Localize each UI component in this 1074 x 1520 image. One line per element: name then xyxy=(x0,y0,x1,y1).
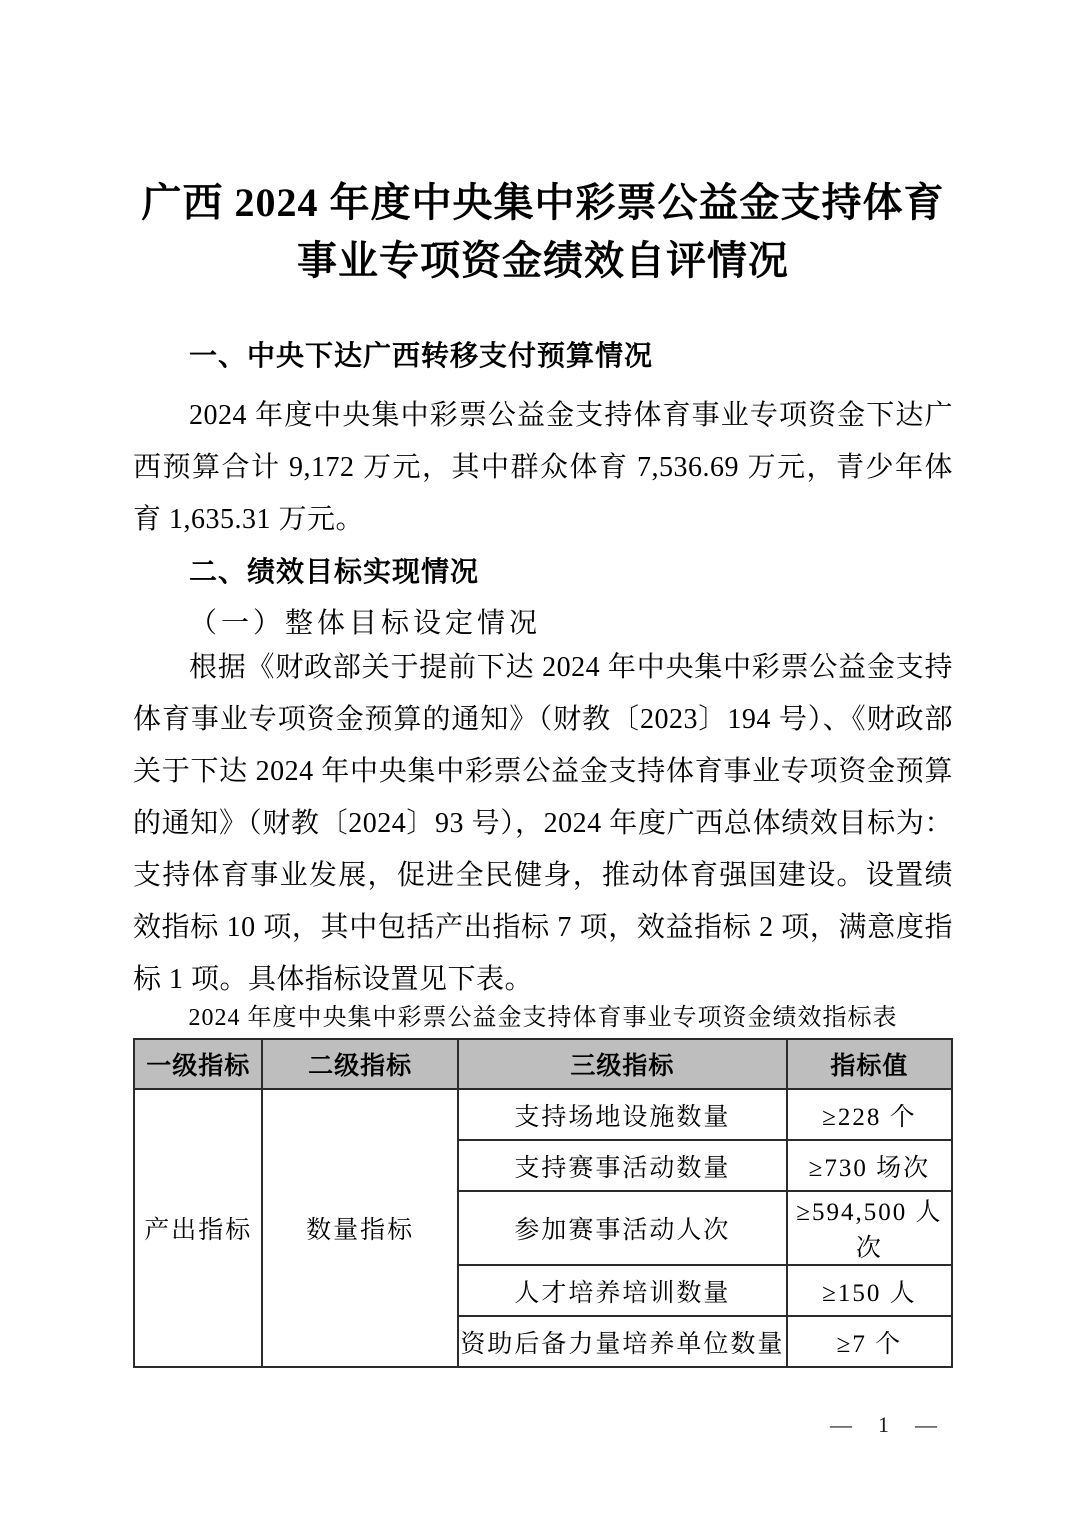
cell-level2-indicator: 数量指标 xyxy=(262,1089,458,1367)
cell-value-4: ≥150 人 xyxy=(787,1265,952,1316)
column-header-level2: 二级指标 xyxy=(262,1039,458,1089)
column-header-level1: 一级指标 xyxy=(134,1039,262,1089)
cell-indicator-3: 参加赛事活动人次 xyxy=(458,1191,787,1265)
table-header-row: 一级指标 二级指标 三级指标 指标值 xyxy=(134,1039,952,1089)
document-content: 广西 2024 年度中央集中彩票公益金支持体育 事业专项资金绩效自评情况 一、中… xyxy=(133,0,953,1368)
footer-page-number: 1 xyxy=(878,1412,889,1438)
document-title: 广西 2024 年度中央集中彩票公益金支持体育 事业专项资金绩效自评情况 xyxy=(133,174,953,290)
indicator-table: 一级指标 二级指标 三级指标 指标值 产出指标 数量指标 支持场地设施数量 ≥2… xyxy=(133,1038,953,1368)
document-title-line-2: 事业专项资金绩效自评情况 xyxy=(133,232,953,290)
table-row: 产出指标 数量指标 支持场地设施数量 ≥228 个 xyxy=(134,1089,952,1140)
column-header-level3: 三级指标 xyxy=(458,1039,787,1089)
cell-indicator-5: 资助后备力量培养单位数量 xyxy=(458,1316,787,1367)
footer-dash-right: — xyxy=(915,1412,937,1438)
cell-indicator-1: 支持场地设施数量 xyxy=(458,1089,787,1140)
indicator-table-caption: 2024 年度中央集中彩票公益金支持体育事业专项资金绩效指标表 xyxy=(133,1000,953,1036)
cell-level1-indicator: 产出指标 xyxy=(134,1089,262,1367)
document-page: 广西 2024 年度中央集中彩票公益金支持体育 事业专项资金绩效自评情况 一、中… xyxy=(0,0,1074,1520)
document-title-line-1: 广西 2024 年度中央集中彩票公益金支持体育 xyxy=(133,174,953,232)
cell-value-3: ≥594,500 人次 xyxy=(787,1191,952,1265)
cell-indicator-2: 支持赛事活动数量 xyxy=(458,1140,787,1191)
column-header-value: 指标值 xyxy=(787,1039,952,1089)
cell-indicator-4: 人才培养培训数量 xyxy=(458,1265,787,1316)
section-1-heading: 一、中央下达广西转移支付预算情况 xyxy=(133,330,953,382)
footer-dash-left: — xyxy=(830,1412,852,1438)
page-footer: — 1 — xyxy=(830,1412,937,1438)
section-2-heading: 二、绩效目标实现情况 xyxy=(133,546,953,598)
section-1-paragraph: 2024 年度中央集中彩票公益金支持体育事业专项资金下达广西预算合计 9,172… xyxy=(133,390,953,546)
cell-value-5: ≥7 个 xyxy=(787,1316,952,1367)
cell-value-2: ≥730 场次 xyxy=(787,1140,952,1191)
section-2-paragraph: 根据《财政部关于提前下达 2024 年中央集中彩票公益金支持体育事业专项资金预算… xyxy=(133,642,953,1006)
cell-value-1: ≥228 个 xyxy=(787,1089,952,1140)
